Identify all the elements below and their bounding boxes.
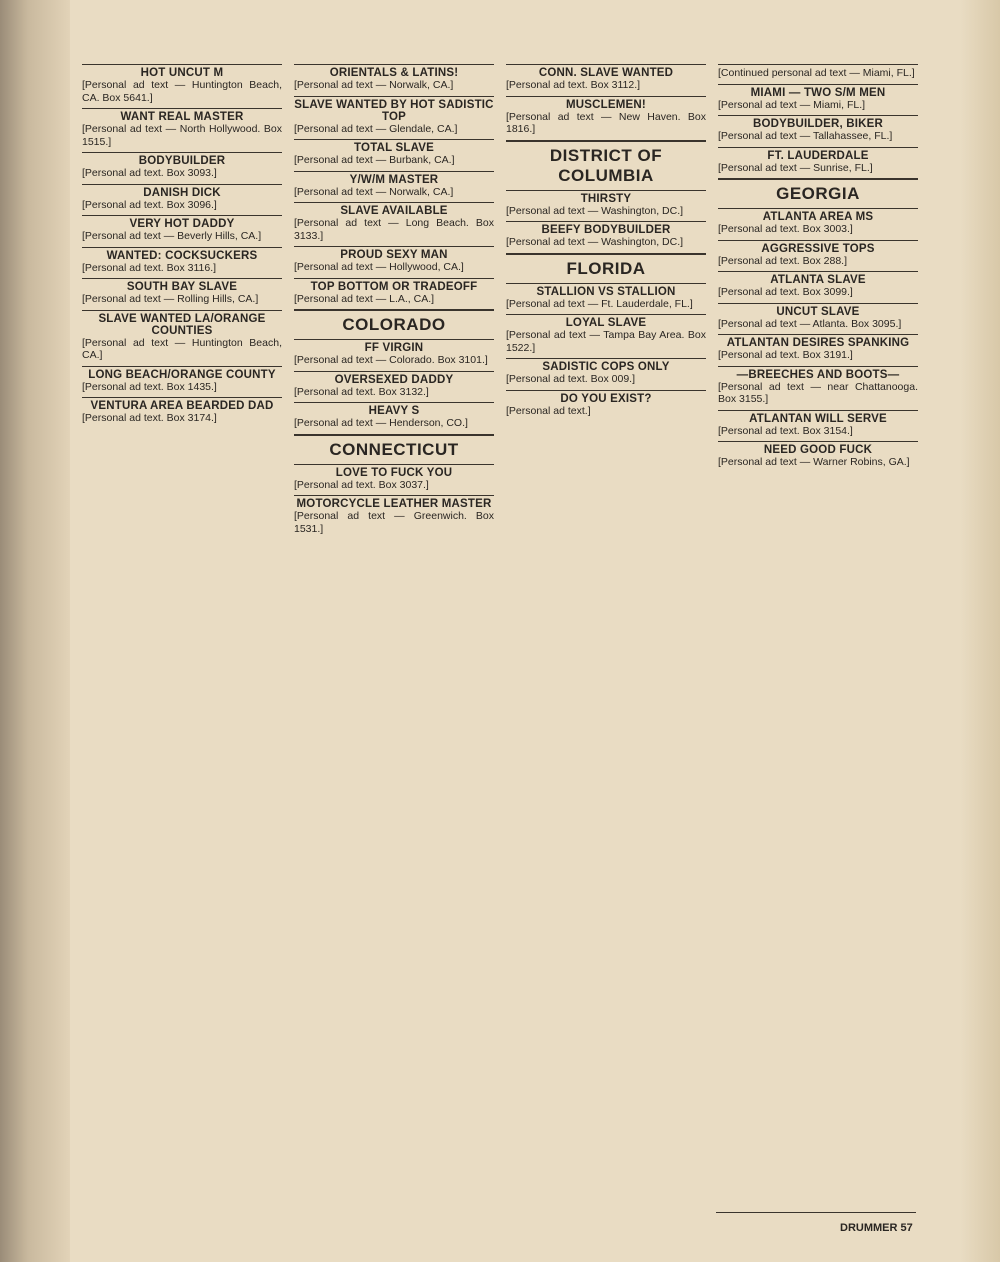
ad-heading: WANT REAL MASTER <box>82 111 282 123</box>
ad-heading: BEEFY BODYBUILDER <box>506 224 706 236</box>
ad-body: [Personal ad text — Tampa Bay Area. Box … <box>506 329 706 354</box>
ad-body: [Personal ad text — Colorado. Box 3101.] <box>294 354 494 367</box>
classified-ad: BODYBUILDER[Personal ad text. Box 3093.] <box>82 152 282 184</box>
classified-ad: SADISTIC COPS ONLY[Personal ad text. Box… <box>506 358 706 390</box>
ad-heading: LOVE TO FUCK YOU <box>294 467 494 479</box>
ad-heading: SLAVE WANTED BY HOT SADISTIC TOP <box>294 99 494 123</box>
ad-body: [Personal ad text — Huntington Beach, CA… <box>82 79 282 104</box>
ad-body: [Personal ad text — Washington, DC.] <box>506 236 706 249</box>
classified-ad: TOTAL SLAVE[Personal ad text — Burbank, … <box>294 139 494 171</box>
ad-heading: THIRSTY <box>506 193 706 205</box>
ad-heading: LONG BEACH/ORANGE COUNTY <box>82 369 282 381</box>
ad-body: [Personal ad text — New Haven. Box 1816.… <box>506 111 706 136</box>
ad-body: [Personal ad text. Box 3174.] <box>82 412 282 425</box>
classified-ad: ATLANTAN DESIRES SPANKING[Personal ad te… <box>718 334 918 366</box>
classified-ad: ATLANTA SLAVE[Personal ad text. Box 3099… <box>718 271 918 303</box>
classified-ad: BODYBUILDER, BIKER[Personal ad text — Ta… <box>718 115 918 147</box>
classified-ad: HEAVY S[Personal ad text — Henderson, CO… <box>294 402 494 434</box>
column-1: HOT UNCUT M[Personal ad text — Huntingto… <box>82 64 282 539</box>
page-binding-shadow <box>0 0 70 1262</box>
column-2: ORIENTALS & LATINS![Personal ad text — N… <box>294 64 494 539</box>
ad-body: [Personal ad text. Box 3037.] <box>294 479 494 492</box>
column-3: CONN. SLAVE WANTED[Personal ad text. Box… <box>506 64 706 539</box>
state-section-header: COLORADO <box>294 309 494 339</box>
ad-heading: ATLANTA AREA MS <box>718 211 918 223</box>
ad-body: [Personal ad text. Box 009.] <box>506 373 706 386</box>
classified-ad: FF VIRGIN[Personal ad text — Colorado. B… <box>294 339 494 371</box>
ad-heading: FF VIRGIN <box>294 342 494 354</box>
ad-heading: TOP BOTTOM OR TRADEOFF <box>294 281 494 293</box>
ad-body: [Personal ad text. Box 1435.] <box>82 381 282 394</box>
classified-ad: VERY HOT DADDY[Personal ad text — Beverl… <box>82 215 282 247</box>
ad-body: [Personal ad text — Tallahassee, FL.] <box>718 130 918 143</box>
ad-body: [Personal ad text — Burbank, CA.] <box>294 154 494 167</box>
ad-body: [Personal ad text — Long Beach. Box 3133… <box>294 217 494 242</box>
ad-body: [Personal ad text — Henderson, CO.] <box>294 417 494 430</box>
classified-ad: ATLANTAN WILL SERVE[Personal ad text. Bo… <box>718 410 918 442</box>
ad-body: [Personal ad text — Warner Robins, GA.] <box>718 456 918 469</box>
ad-body: [Personal ad text.] <box>506 405 706 418</box>
page-edge <box>960 0 1000 1262</box>
ad-body: [Personal ad text — Norwalk, CA.] <box>294 79 494 92</box>
classified-ad: NEED GOOD FUCK[Personal ad text — Warner… <box>718 441 918 473</box>
ad-heading: SADISTIC COPS ONLY <box>506 361 706 373</box>
classified-ad: —BREECHES AND BOOTS—[Personal ad text — … <box>718 366 918 410</box>
ad-body: [Personal ad text. Box 3191.] <box>718 349 918 362</box>
ad-heading: SLAVE WANTED LA/ORANGE COUNTIES <box>82 313 282 337</box>
ad-body: [Personal ad text — Glendale, CA.] <box>294 123 494 136</box>
state-section-header: CONNECTICUT <box>294 434 494 464</box>
classified-columns: HOT UNCUT M[Personal ad text — Huntingto… <box>82 64 922 539</box>
ad-heading: MUSCLEMEN! <box>506 99 706 111</box>
ad-heading: HEAVY S <box>294 405 494 417</box>
ad-heading: ATLANTAN WILL SERVE <box>718 413 918 425</box>
classified-ad: MUSCLEMEN![Personal ad text — New Haven.… <box>506 96 706 140</box>
ad-heading: VENTURA AREA BEARDED DAD <box>82 400 282 412</box>
classified-ad: MOTORCYCLE LEATHER MASTER[Personal ad te… <box>294 495 494 539</box>
ad-body: [Personal ad text — Greenwich. Box 1531.… <box>294 510 494 535</box>
classified-ad: AGGRESSIVE TOPS[Personal ad text. Box 28… <box>718 240 918 272</box>
ad-body: [Personal ad text — L.A., CA.] <box>294 293 494 306</box>
ad-heading: ATLANTA SLAVE <box>718 274 918 286</box>
classified-ad: DANISH DICK[Personal ad text. Box 3096.] <box>82 184 282 216</box>
ad-heading: DANISH DICK <box>82 187 282 199</box>
classified-ad: OVERSEXED DADDY[Personal ad text. Box 31… <box>294 371 494 403</box>
ad-body: [Personal ad text — Miami, FL.] <box>718 99 918 112</box>
ad-heading: HOT UNCUT M <box>82 67 282 79</box>
ad-body: [Personal ad text. Box 288.] <box>718 255 918 268</box>
ad-body: [Personal ad text — Ft. Lauderdale, FL.] <box>506 298 706 311</box>
ad-heading: LOYAL SLAVE <box>506 317 706 329</box>
ad-heading: BODYBUILDER <box>82 155 282 167</box>
page-footer: DRUMMER 57 <box>840 1222 913 1234</box>
ad-heading: BODYBUILDER, BIKER <box>718 118 918 130</box>
ad-heading: NEED GOOD FUCK <box>718 444 918 456</box>
ad-heading: ATLANTAN DESIRES SPANKING <box>718 337 918 349</box>
classified-ad: SOUTH BAY SLAVE[Personal ad text — Rolli… <box>82 278 282 310</box>
ad-body: [Personal ad text — Beverly Hills, CA.] <box>82 230 282 243</box>
state-section-header: DISTRICT OF COLUMBIA <box>506 140 706 190</box>
classified-ad: LOYAL SLAVE[Personal ad text — Tampa Bay… <box>506 314 706 358</box>
ad-body: [Personal ad text. Box 3116.] <box>82 262 282 275</box>
ad-body: [Personal ad text. Box 3154.] <box>718 425 918 438</box>
classified-ad: SLAVE AVAILABLE[Personal ad text — Long … <box>294 202 494 246</box>
classified-ad: BEEFY BODYBUILDER[Personal ad text — Was… <box>506 221 706 253</box>
ad-body: [Personal ad text. Box 3096.] <box>82 199 282 212</box>
column-4: [Continued personal ad text — Miami, FL.… <box>718 64 918 539</box>
classified-ad: TOP BOTTOM OR TRADEOFF[Personal ad text … <box>294 278 494 310</box>
ad-heading: MIAMI — TWO S/M MEN <box>718 87 918 99</box>
ad-heading: STALLION VS STALLION <box>506 286 706 298</box>
classified-ad: PROUD SEXY MAN[Personal ad text — Hollyw… <box>294 246 494 278</box>
ad-body: [Personal ad text — Sunrise, FL.] <box>718 162 918 175</box>
classified-ad: VENTURA AREA BEARDED DAD[Personal ad tex… <box>82 397 282 429</box>
ad-heading: ORIENTALS & LATINS! <box>294 67 494 79</box>
ad-heading: UNCUT SLAVE <box>718 306 918 318</box>
ad-body: [Personal ad text — near Chattanooga. Bo… <box>718 381 918 406</box>
classified-ad: SLAVE WANTED LA/ORANGE COUNTIES[Personal… <box>82 310 282 366</box>
ad-body: [Personal ad text. Box 3099.] <box>718 286 918 299</box>
ad-body: [Personal ad text — Washington, DC.] <box>506 205 706 218</box>
ad-body: [Continued personal ad text — Miami, FL.… <box>718 67 918 80</box>
ad-heading: VERY HOT DADDY <box>82 218 282 230</box>
classified-ad: WANTED: COCKSUCKERS[Personal ad text. Bo… <box>82 247 282 279</box>
ad-body: [Personal ad text. Box 3132.] <box>294 386 494 399</box>
footer-rule <box>716 1212 916 1213</box>
ad-body: [Personal ad text — Rolling Hills, CA.] <box>82 293 282 306</box>
classified-ad: SLAVE WANTED BY HOT SADISTIC TOP[Persona… <box>294 96 494 140</box>
ad-heading: PROUD SEXY MAN <box>294 249 494 261</box>
ad-body: [Personal ad text. Box 3093.] <box>82 167 282 180</box>
ad-body: [Personal ad text. Box 3003.] <box>718 223 918 236</box>
classified-ad: Y/W/M MASTER[Personal ad text — Norwalk,… <box>294 171 494 203</box>
classified-ad: HOT UNCUT M[Personal ad text — Huntingto… <box>82 64 282 108</box>
classified-ad: ATLANTA AREA MS[Personal ad text. Box 30… <box>718 208 918 240</box>
ad-body: [Personal ad text — Norwalk, CA.] <box>294 186 494 199</box>
ad-heading: FT. LAUDERDALE <box>718 150 918 162</box>
ad-heading: SOUTH BAY SLAVE <box>82 281 282 293</box>
classified-ad: LOVE TO FUCK YOU[Personal ad text. Box 3… <box>294 464 494 496</box>
ad-body: [Personal ad text. Box 3112.] <box>506 79 706 92</box>
ad-heading: Y/W/M MASTER <box>294 174 494 186</box>
ad-heading: CONN. SLAVE WANTED <box>506 67 706 79</box>
classified-ad: THIRSTY[Personal ad text — Washington, D… <box>506 190 706 222</box>
ad-body: [Personal ad text — North Hollywood. Box… <box>82 123 282 148</box>
classified-ad: UNCUT SLAVE[Personal ad text — Atlanta. … <box>718 303 918 335</box>
classified-ad: FT. LAUDERDALE[Personal ad text — Sunris… <box>718 147 918 179</box>
ad-heading: DO YOU EXIST? <box>506 393 706 405</box>
classified-ad: ORIENTALS & LATINS![Personal ad text — N… <box>294 64 494 96</box>
ad-heading: SLAVE AVAILABLE <box>294 205 494 217</box>
ad-heading: TOTAL SLAVE <box>294 142 494 154</box>
classified-ad: [Continued personal ad text — Miami, FL.… <box>718 64 918 84</box>
ad-heading: MOTORCYCLE LEATHER MASTER <box>294 498 494 510</box>
ad-body: [Personal ad text — Hollywood, CA.] <box>294 261 494 274</box>
classified-ad: WANT REAL MASTER[Personal ad text — Nort… <box>82 108 282 152</box>
classified-ad: DO YOU EXIST?[Personal ad text.] <box>506 390 706 422</box>
ad-body: [Personal ad text — Huntington Beach, CA… <box>82 337 282 362</box>
classified-ad: CONN. SLAVE WANTED[Personal ad text. Box… <box>506 64 706 96</box>
ad-body: [Personal ad text — Atlanta. Box 3095.] <box>718 318 918 331</box>
classified-ad: MIAMI — TWO S/M MEN[Personal ad text — M… <box>718 84 918 116</box>
ad-heading: OVERSEXED DADDY <box>294 374 494 386</box>
classified-ad: STALLION VS STALLION[Personal ad text — … <box>506 283 706 315</box>
ad-heading: WANTED: COCKSUCKERS <box>82 250 282 262</box>
ad-heading: AGGRESSIVE TOPS <box>718 243 918 255</box>
classified-ad: LONG BEACH/ORANGE COUNTY[Personal ad tex… <box>82 366 282 398</box>
state-section-header: GEORGIA <box>718 178 918 208</box>
ad-heading: —BREECHES AND BOOTS— <box>718 369 918 381</box>
state-section-header: FLORIDA <box>506 253 706 283</box>
